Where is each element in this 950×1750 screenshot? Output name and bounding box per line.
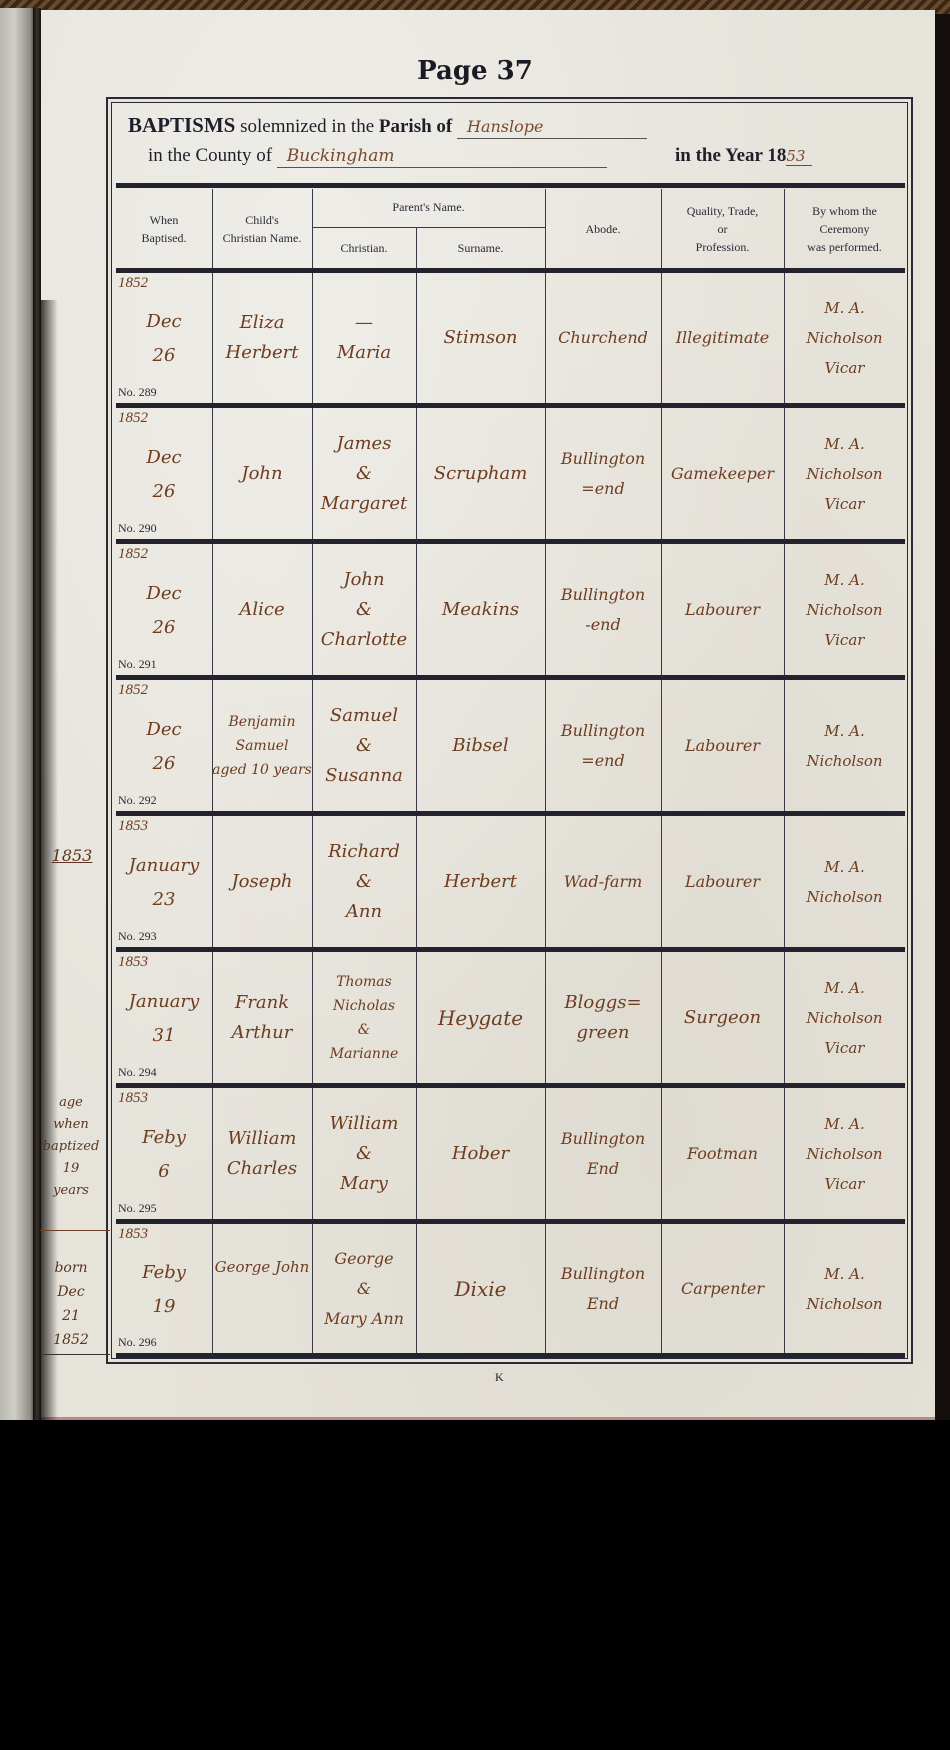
entry-number: No. 293 bbox=[118, 929, 157, 944]
entry-parent-christian: George & Mary Ann bbox=[312, 1224, 416, 1353]
entry-date: January 23 bbox=[116, 838, 212, 927]
entry-quality: Carpenter bbox=[661, 1224, 784, 1353]
entry-quality: Surgeon bbox=[661, 952, 784, 1083]
title-baptisms: BAPTISMS bbox=[128, 113, 235, 137]
entry-child-name: Joseph bbox=[212, 816, 312, 947]
entry-year: 1852 bbox=[118, 546, 148, 563]
title-line-1: BAPTISMS solemnized in the Parish of Han… bbox=[128, 113, 647, 139]
margin-divider bbox=[40, 1354, 110, 1355]
entry-abode: Bullington -end bbox=[545, 544, 661, 675]
entry-number: No. 291 bbox=[118, 657, 157, 672]
entry-surname: Stimson bbox=[416, 273, 545, 403]
entry-date: Feby 19 bbox=[116, 1246, 212, 1333]
entry-parent-christian: James & Margaret bbox=[312, 408, 416, 539]
title-parish-label: Parish bbox=[379, 116, 432, 137]
facing-page-edge bbox=[0, 8, 36, 1420]
signature-mark: K bbox=[495, 1370, 504, 1385]
entry-quality: Gamekeeper bbox=[661, 408, 784, 539]
header-quality: Quality, Trade, or Profession. bbox=[661, 189, 784, 269]
entry-ceremony: M. A. Nicholson bbox=[784, 816, 905, 947]
entry-surname: Bibsel bbox=[416, 680, 545, 811]
table-rule-bottom bbox=[116, 1353, 905, 1358]
entry-number: No. 295 bbox=[118, 1201, 157, 1216]
entry-surname: Scrupham bbox=[416, 408, 545, 539]
entry-date: January 31 bbox=[116, 974, 212, 1063]
entry-parent-christian: Samuel & Susanna bbox=[312, 680, 416, 811]
entry-child-name: Benjamin Samuel aged 10 years bbox=[212, 680, 312, 811]
entry-year: 1853 bbox=[118, 1226, 148, 1243]
entry-ceremony: M. A. Nicholson Vicar bbox=[784, 273, 905, 403]
margin-note-born: born Dec 21 1852 bbox=[40, 1256, 102, 1352]
entry-parent-christian: William & Mary bbox=[312, 1088, 416, 1219]
entry-parent-christian: Thomas Nicholas & Marianne bbox=[312, 952, 416, 1083]
entry-date: Dec 26 bbox=[116, 295, 212, 383]
entry-surname: Herbert bbox=[416, 816, 545, 947]
entry-child-name: William Charles bbox=[212, 1088, 312, 1219]
entry-surname: Heygate bbox=[416, 952, 545, 1083]
entry-surname: Hober bbox=[416, 1088, 545, 1219]
entry-year: 1853 bbox=[118, 954, 148, 971]
entry-year: 1852 bbox=[118, 275, 148, 292]
entry-row: 1852 Dec 26 No. 292 Benjamin Samuel aged… bbox=[116, 680, 905, 811]
entry-number: No. 296 bbox=[118, 1335, 157, 1350]
entry-surname: Meakins bbox=[416, 544, 545, 675]
entry-abode: Bloggs= green bbox=[545, 952, 661, 1083]
entry-date: Feby 6 bbox=[116, 1110, 212, 1199]
header-rule-top bbox=[116, 183, 905, 188]
entry-abode: Bullington =end bbox=[545, 680, 661, 811]
entry-row: 1853 Feby 6 No. 295 William Charles Will… bbox=[116, 1088, 905, 1219]
header-ceremony: By whom the Ceremony was performed. bbox=[784, 189, 905, 269]
entry-abode: Churchend bbox=[545, 273, 661, 403]
entry-parent-christian: Richard & Ann bbox=[312, 816, 416, 947]
entry-surname: Dixie bbox=[416, 1224, 545, 1353]
entry-ceremony: M. A. Nicholson Vicar bbox=[784, 544, 905, 675]
header-christian: Christian. bbox=[312, 227, 416, 269]
entry-quality: Labourer bbox=[661, 680, 784, 811]
entry-child-name: Alice bbox=[212, 544, 312, 675]
entry-row: 1853 Feby 19 No. 296 George John George … bbox=[116, 1224, 905, 1353]
entry-child-name: John bbox=[212, 408, 312, 539]
entry-row: 1853 January 23 No. 293 Joseph Richard &… bbox=[116, 816, 905, 947]
entry-abode: Bullington =end bbox=[545, 408, 661, 539]
entry-child-name: Frank Arthur bbox=[212, 952, 312, 1083]
page-title: Page 37 bbox=[0, 56, 950, 86]
margin-note-year: 1853 bbox=[44, 845, 100, 867]
county-value: Buckingham bbox=[277, 146, 395, 166]
entry-parent-christian: John & Charlotte bbox=[312, 544, 416, 675]
entry-child-name: George John bbox=[212, 1224, 312, 1353]
county-label: in the County of bbox=[148, 145, 272, 166]
entry-date: Dec 26 bbox=[116, 566, 212, 655]
entry-abode: Wad-farm bbox=[545, 816, 661, 947]
entry-date: Dec 26 bbox=[116, 430, 212, 519]
year-block: in the Year 1853 bbox=[675, 145, 812, 167]
title-of: of bbox=[436, 116, 452, 137]
entry-abode: Bullington End bbox=[545, 1088, 661, 1219]
register-title-block: BAPTISMS solemnized in the Parish of Han… bbox=[120, 109, 900, 189]
entry-child-name: Eliza Herbert bbox=[212, 273, 312, 403]
entry-abode: Bullington End bbox=[545, 1224, 661, 1353]
entry-number: No. 294 bbox=[118, 1065, 157, 1080]
entry-ceremony: M. A. Nicholson Vicar bbox=[784, 408, 905, 539]
entry-year: 1853 bbox=[118, 818, 148, 835]
margin-note-age: age when baptized 19 years bbox=[40, 1092, 102, 1202]
title-line-2: in the County of Buckingham bbox=[148, 145, 607, 168]
entry-year: 1852 bbox=[118, 682, 148, 699]
entry-ceremony: M. A. Nicholson Vicar bbox=[784, 952, 905, 1083]
baptism-register-table: BAPTISMS solemnized in the Parish of Han… bbox=[106, 97, 913, 1364]
entry-quality: Labourer bbox=[661, 816, 784, 947]
entry-ceremony: M. A. Nicholson bbox=[784, 680, 905, 811]
entry-row: 1852 Dec 26 No. 291 Alice John & Charlot… bbox=[116, 544, 905, 675]
header-surname: Surname. bbox=[416, 227, 545, 269]
year-label: in the Year 18 bbox=[675, 145, 786, 166]
header-childs-name: Child's Christian Name. bbox=[212, 189, 312, 269]
header-when-baptised: When Baptised. bbox=[116, 189, 212, 269]
entry-ceremony: M. A. Nicholson bbox=[784, 1224, 905, 1353]
entry-number: No. 289 bbox=[118, 385, 157, 400]
margin-divider bbox=[40, 1230, 110, 1231]
entry-quality: Illegitimate bbox=[661, 273, 784, 403]
entry-row: 1853 January 31 No. 294 Frank Arthur Tho… bbox=[116, 952, 905, 1083]
year-value: 53 bbox=[786, 147, 812, 166]
entry-parent-christian: — Maria bbox=[312, 273, 416, 403]
column-headers: When Baptised. Child's Christian Name. P… bbox=[116, 189, 905, 269]
title-solemnized: solemnized in the bbox=[240, 116, 374, 137]
header-parents-name: Parent's Name. bbox=[312, 189, 545, 225]
entry-quality: Labourer bbox=[661, 544, 784, 675]
entry-ceremony: M. A. Nicholson Vicar bbox=[784, 1088, 905, 1219]
book-edge bbox=[935, 14, 950, 1420]
entry-row: 1852 Dec 26 No. 289 Eliza Herbert — Mari… bbox=[116, 273, 905, 403]
entry-year: 1853 bbox=[118, 1090, 148, 1107]
entry-number: No. 292 bbox=[118, 793, 157, 808]
entry-number: No. 290 bbox=[118, 521, 157, 536]
entry-row: 1852 Dec 26 No. 290 John James & Margare… bbox=[116, 408, 905, 539]
entry-date: Dec 26 bbox=[116, 702, 212, 791]
header-abode: Abode. bbox=[545, 189, 661, 269]
parish-value: Hanslope bbox=[457, 117, 543, 136]
entry-quality: Footman bbox=[661, 1088, 784, 1219]
entry-year: 1852 bbox=[118, 410, 148, 427]
